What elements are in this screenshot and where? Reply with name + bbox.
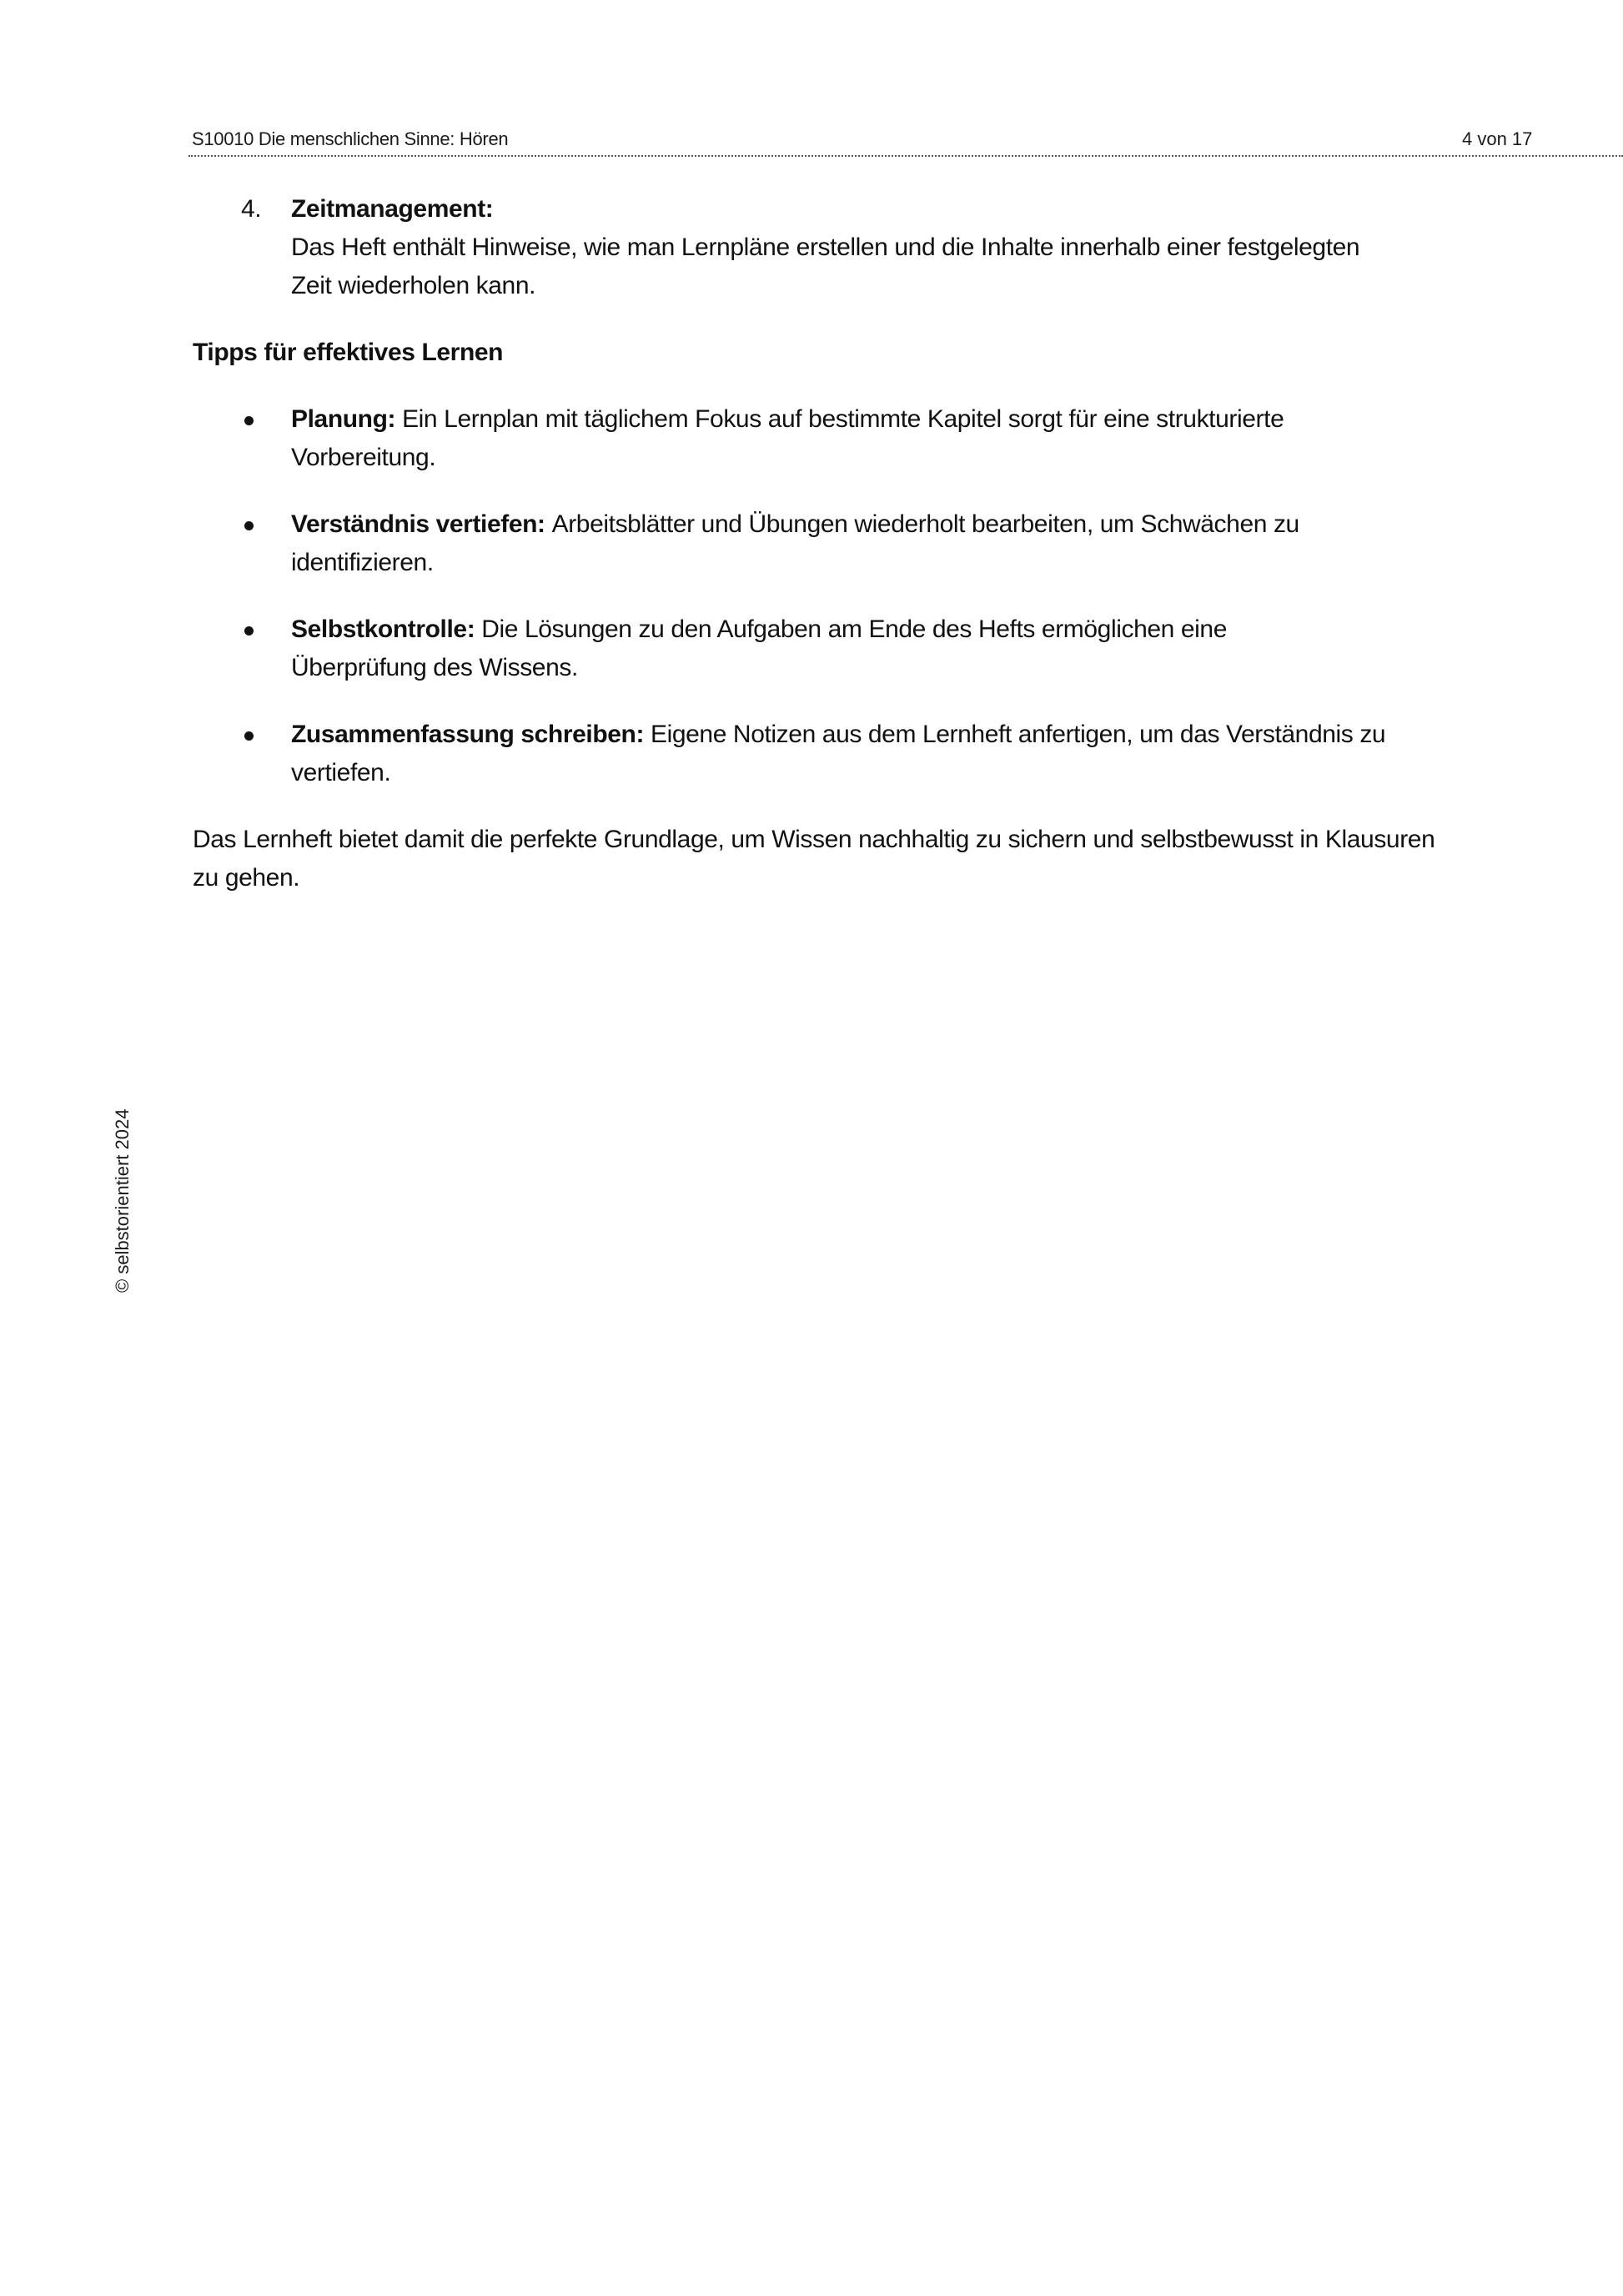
bullet-icon	[244, 416, 254, 425]
tips-list: Planung: Ein Lernplan mit täglichem Foku…	[193, 400, 1460, 792]
tip-label: Zusammenfassung schreiben:	[291, 721, 651, 748]
list-item: Selbstkontrolle: Die Lösungen zu den Auf…	[193, 610, 1367, 687]
tip-label: Verständnis vertiefen:	[291, 510, 552, 538]
main-content: 4. Zeitmanagement: Das Heft enthält Hinw…	[193, 190, 1460, 897]
item-title: Zeitmanagement:	[291, 190, 1460, 229]
tip-label: Selbstkontrolle:	[291, 615, 481, 643]
list-item: Verständnis vertiefen: Arbeitsblätter un…	[193, 505, 1434, 582]
copyright-text: © selbstorientiert 2024	[112, 1109, 133, 1293]
item-text: Das Heft enthält Hinweise, wie man Lernp…	[291, 229, 1375, 305]
page-header: S10010 Die menschlichen Sinne: Hören 4 v…	[192, 128, 1623, 157]
page-indicator: 4 von 17	[1462, 128, 1532, 150]
tip-label: Planung:	[291, 405, 402, 433]
bullet-icon	[244, 626, 254, 636]
document-title: S10010 Die menschlichen Sinne: Hören	[192, 128, 508, 150]
bullet-icon	[244, 731, 254, 741]
closing-paragraph: Das Lernheft bietet damit die perfekte G…	[193, 821, 1460, 897]
numbered-item: 4. Zeitmanagement: Das Heft enthält Hinw…	[193, 190, 1460, 305]
tip-text: Ein Lernplan mit täglichem Fokus auf bes…	[291, 405, 1284, 471]
header-dotted-rule	[188, 155, 1623, 157]
list-item: Zusammenfassung schreiben: Eigene Notize…	[193, 716, 1459, 792]
item-number: 4.	[241, 190, 261, 229]
list-item: Planung: Ein Lernplan mit täglichem Foku…	[193, 400, 1413, 477]
document-page: S10010 Die menschlichen Sinne: Hören 4 v…	[0, 0, 1623, 2296]
section-heading: Tipps für effektives Lernen	[193, 334, 1460, 372]
bullet-icon	[244, 521, 254, 530]
